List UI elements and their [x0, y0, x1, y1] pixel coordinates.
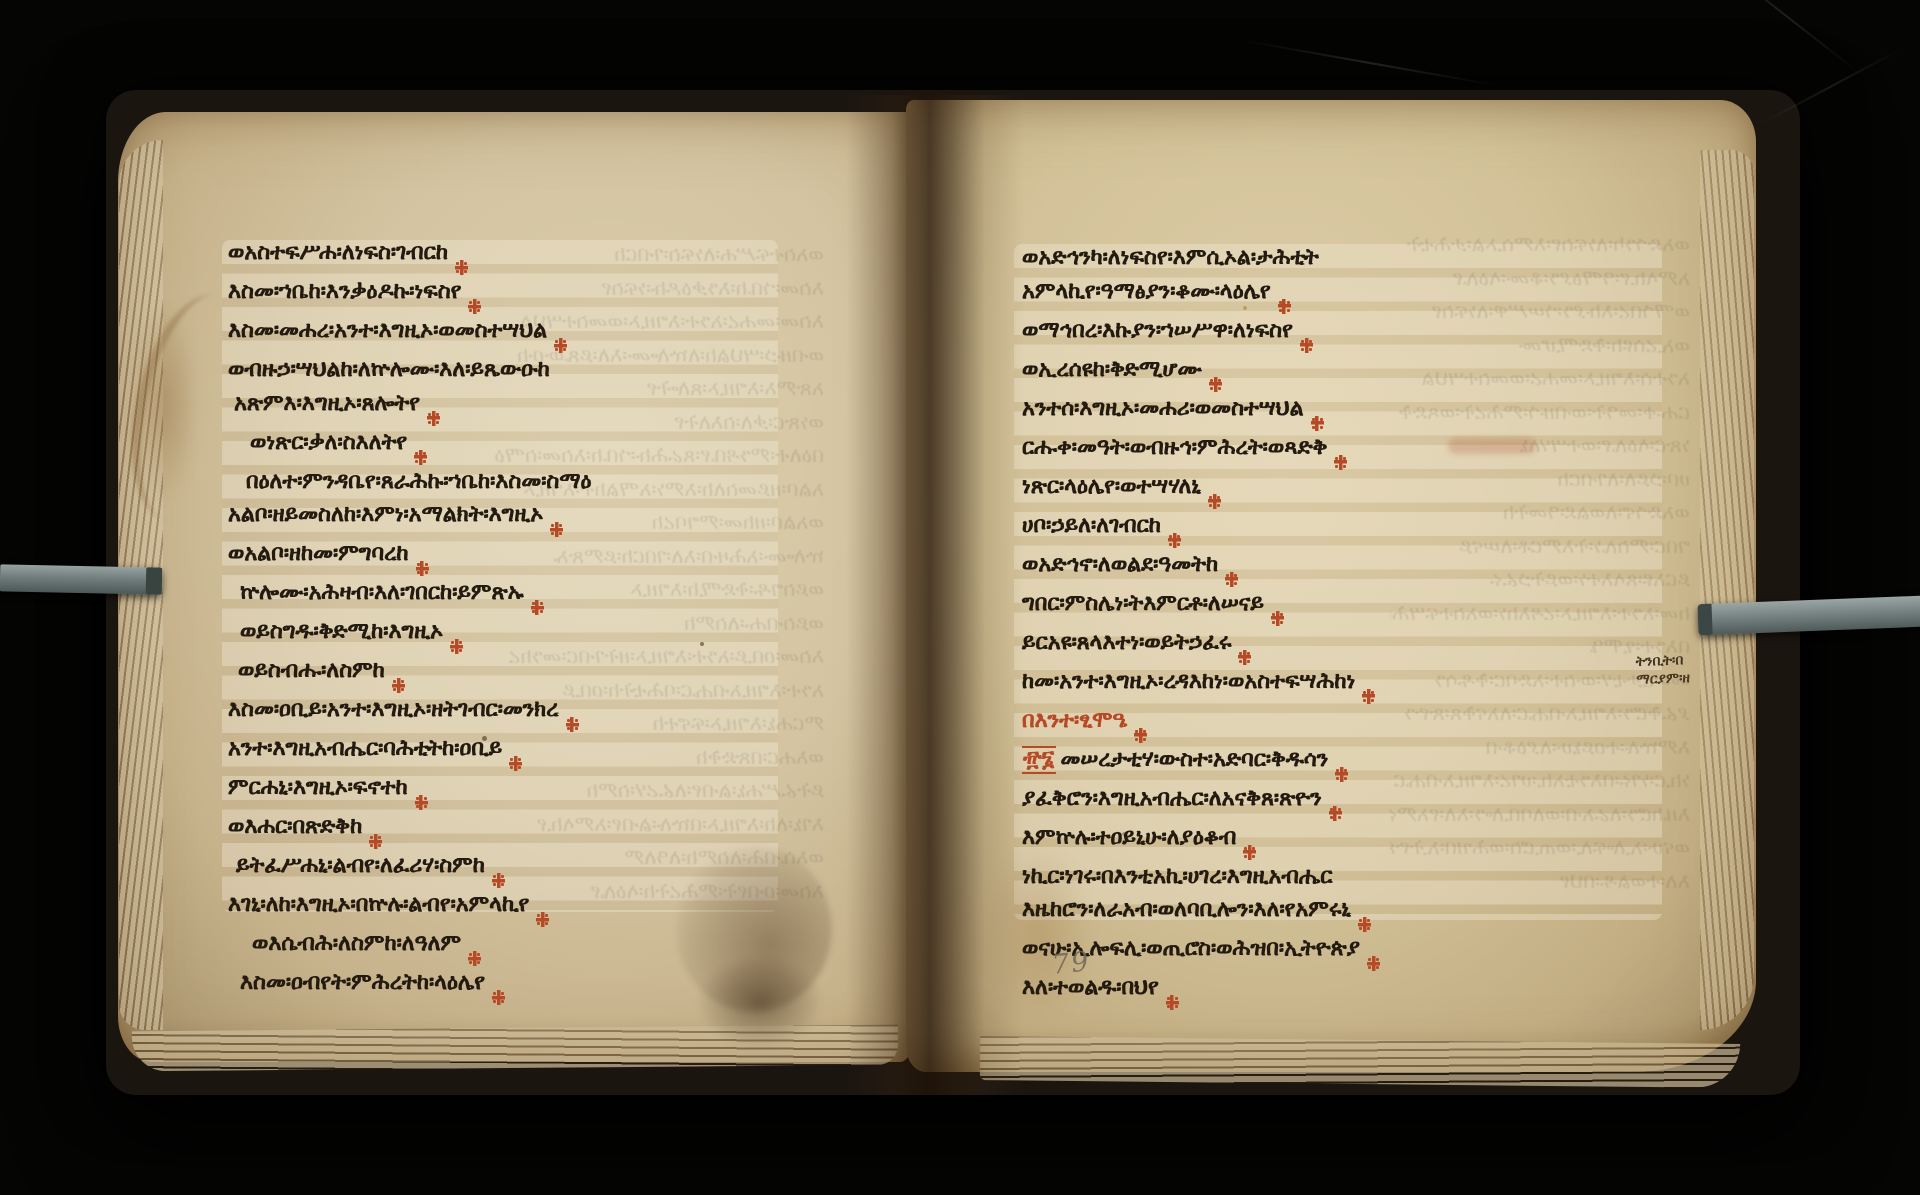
verse-text: በእንተ፡ፂሞዔ [1022, 708, 1127, 733]
verse-text: ይትፈሥሐኒ፡ልብየ፡ለፈሪሃ፡ስምከ [236, 853, 485, 878]
text-line: ወአድኅኖ፡ለወልደ፡ዓመትከ፨ [1022, 548, 1538, 587]
verse-divider-icon: ፨ [415, 795, 428, 810]
verse-text: ወኢረሰዩከ፡ቅድሚሆሙ [1022, 357, 1202, 382]
verse-text: ነጽር፡ላዕሌየ፡ወተሣሃለኒ [1022, 474, 1201, 499]
verse-text: እዜከሮን፡ለራአብ፡ወለባቢሎን፡እለ፡የአምሩኒ [1022, 897, 1351, 922]
verse-divider-icon: ፨ [1209, 377, 1222, 392]
text-line: እዜከሮን፡ለራአብ፡ወለባቢሎን፡እለ፡የአምሩኒ፨ [1022, 893, 1538, 932]
text-line: አምላኪየ፡ዓማፅያን፡ቆሙ፡ላዕሌየ፨ [1022, 275, 1538, 314]
verse-text: ይርአዩ፡ጸላእተነ፡ወይትኃፈሩ [1022, 630, 1231, 655]
text-line: ነጽር፡ላዕሌየ፡ወተሣሃለኒ፨ [1022, 470, 1538, 509]
verse-divider-icon: ፨ [1271, 611, 1284, 626]
verse-text: ወነጽር፡ቃለ፡ስእለትየ [250, 430, 407, 455]
page-number: 79 [1050, 946, 1091, 981]
text-line: ወኢረሰዩከ፡ቅድሚሆሙ፨ [1022, 353, 1538, 392]
text-line: ምርሐኒ፡እግዚኦ፡ፍኖተከ፨ [228, 771, 710, 810]
verse-divider-icon: ፨ [427, 411, 440, 426]
verse-text: አንተሰ፡እግዚኦ፡መሐሪ፡ወመስተሣህል [1022, 396, 1304, 421]
verse-text: ወእሴብሕ፡ለስምከ፡ለዓለም [252, 931, 461, 956]
weight-rod-left [0, 564, 162, 594]
text-line: ይትፈሥሐኒ፡ልብየ፡ለፈሪሃ፡ስምከ፨ [236, 849, 710, 888]
text-line: ወናሁ፡ኢሎፍሊ፡ወጢሮስ፡ወሕዝበ፡ኢትዮጵያ፨ [1022, 932, 1538, 971]
scratch-hair [1242, 39, 1498, 86]
text-line: ግበር፡ምስሌነ፡ትእምርቶ፡ለሠናይ፨ [1022, 587, 1538, 626]
verse-text: እገኒ፡ለከ፡እግዚኦ፡በኵሉ፡ልብየ፡አምላኪየ [228, 892, 529, 917]
text-line: ኵሎሙ፡አሕዛብ፡እለ፡ገበርከ፡ይምጽኡ፨ [240, 576, 710, 615]
verse-divider-icon: ፨ [1168, 533, 1181, 548]
text-line: እስመ፡ዐቢይ፡አንተ፡እግዚኦ፡ዘትገብር፡መንክረ፨ [228, 693, 710, 732]
verse-text: መሠረታቲሃ፡ውስተ፡አድባር፡ቅዱሳን [1061, 747, 1329, 772]
verse-divider-icon: ፨ [1362, 689, 1375, 704]
text-line: አልቦ፡ዘይመስለከ፡እምነ፡አማልክት፡እግዚኦ፨ [228, 498, 710, 537]
verse-text: አንተ፡እግዚአብሔር፡ባሕቲትከ፡ዐቢይ [228, 736, 502, 761]
verse-divider-icon: ፨ [416, 561, 429, 576]
verse-text: ነኪር፡ነገሩ፡በእንቲአኪ፡ሀገረ፡እግዚአብሔር [1022, 864, 1332, 889]
verse-divider-icon: ፨ [1166, 995, 1179, 1010]
text-line: ወአድኅንካ፡ለነፍስየ፡እምሲኦል፡ታሕቲት [1022, 241, 1538, 275]
verse-text: እምኵሉ፡ተዐይኒሁ፡ለያዕቆብ [1022, 825, 1236, 850]
text-line: አጽምእ፡እግዚኦ፡ጸሎትየ፨ [234, 387, 710, 426]
text-line: ፹፮መሠረታቲሃ፡ውስተ፡አድባር፡ቅዱሳን፨ [1022, 743, 1538, 782]
text-line: ሀቦ፡ኃይለ፡ለገብርከ፨ [1022, 509, 1538, 548]
verse-text: አልቦ፡ዘይመስለከ፡እምነ፡አማልክት፡እግዚኦ [228, 502, 543, 527]
margin-note-line2: ማርያም፡ዘ [1636, 669, 1690, 689]
verse-text: ርሑቀ፡መዓት፡ወብዙኅ፡ምሕረት፡ወጻድቅ [1022, 435, 1327, 460]
verse-divider-icon: ፨ [1225, 572, 1238, 587]
right-page-text: ወአድኅንካ፡ለነፍስየ፡እምሲኦል፡ታሕቲትአምላኪየ፡ዓማፅያን፡ቆሙ፡ላዕ… [1022, 241, 1538, 1010]
verse-text: ከመ፡አንተ፡እግዚኦ፡ረዳእከነ፡ወአስተፍሣሕከነ [1022, 669, 1355, 694]
verse-divider-icon: ፨ [1278, 299, 1291, 314]
text-line: ይርአዩ፡ጸላእተነ፡ወይትኃፈሩ፨ [1022, 626, 1538, 665]
verse-divider-icon: ፨ [536, 912, 549, 927]
verse-divider-icon: ፨ [468, 299, 481, 314]
text-line: ወአልቦ፡ዘከመ፡ምግባረከ፨ [228, 537, 710, 576]
text-line: በዕለተ፡ምንዳቤየ፡ጸራሕኩ፡ኀቤከ፡እስመ፡ስማዕ [246, 465, 710, 499]
verse-text: ወአልቦ፡ዘከመ፡ምግባረከ [228, 541, 409, 566]
text-line: እገኒ፡ለከ፡እግዚኦ፡በኵሉ፡ልብየ፡አምላኪየ፨ [228, 888, 710, 927]
verse-divider-icon: ፨ [450, 639, 463, 654]
verse-text: እስመ፡ኀቤከ፡እንቃዕዶኩ፡ነፍስየ [228, 279, 461, 304]
verse-divider-icon: ፨ [1311, 416, 1324, 431]
verse-text: ኵሎሙ፡አሕዛብ፡እለ፡ገበርከ፡ይምጽኡ [240, 580, 524, 605]
verse-text: እለ፡ተወልዱ፡በህየ [1022, 975, 1159, 1000]
text-line: ወማኅበረ፡እኩያን፡ኀሠሥዋ፡ለነፍስየ፨ [1022, 314, 1538, 353]
scratch-hair [1710, 0, 1861, 74]
text-line: እለ፡ተወልዱ፡በህየ፨ [1022, 971, 1538, 1010]
text-line: አንተሰ፡እግዚኦ፡መሐሪ፡ወመስተሣህል፨ [1022, 392, 1538, 431]
verse-text: ወእሐር፡በጽድቅከ [228, 814, 362, 839]
verse-text: እስመ፡ዐብየት፡ምሕረትከ፡ላዕሌየ [240, 970, 485, 995]
margin-note: ትንቢት፡በ ማርያም፡ዘ [1635, 651, 1690, 689]
text-line: እስመ፡መሐረ፡አንተ፡እግዚኦ፡ወመስተሣህል፨ [228, 314, 710, 353]
psalm-number: ፹፮ [1022, 746, 1056, 774]
verse-divider-icon: ፨ [492, 990, 505, 1005]
verse-divider-icon: ፨ [1358, 917, 1371, 932]
manuscript-photo: ወአስተፍሥሐ፡ለነፍስ፡ገብርከእስመ፡ኀቤከ፡እንቃዕዶኩ፡ነፍስየእስመ፡… [0, 0, 1920, 1195]
verse-text: ወይስብሑ፡ለስምከ [238, 658, 385, 683]
verse-text: እስመ፡ዐቢይ፡አንተ፡እግዚኦ፡ዘትገብር፡መንክረ [228, 697, 559, 722]
verse-divider-icon: ፨ [1367, 956, 1380, 971]
text-line: ወይስብሑ፡ለስምከ፨ [238, 654, 710, 693]
text-line: እስመ፡ኀቤከ፡እንቃዕዶኩ፡ነፍስየ፨ [228, 275, 710, 314]
verse-text: ወይስግዱ፡ቅድሚከ፡እግዚኦ [240, 619, 443, 644]
verse-text: አጽምእ፡እግዚኦ፡ጸሎትየ [234, 391, 420, 416]
verse-divider-icon: ፨ [1335, 767, 1348, 782]
verse-divider-icon: ፨ [531, 600, 544, 615]
text-line: ነኪር፡ነገሩ፡በእንቲአኪ፡ሀገረ፡እግዚአብሔር [1022, 860, 1538, 894]
rubric-line: በእንተ፡ፂሞዔ፨ [1022, 704, 1538, 743]
text-line: ወእሴብሕ፡ለስምከ፡ለዓለም፨ [252, 927, 710, 966]
verse-divider-icon: ፨ [414, 450, 427, 465]
verse-text: እስመ፡መሐረ፡አንተ፡እግዚኦ፡ወመስተሣህል [228, 318, 547, 343]
margin-note-line1: ትንቢት፡በ [1635, 651, 1689, 671]
text-line: ወብዙኃ፡ሣህልከ፡ለኵሎሙ፡እለ፡ይጼውዑከ [228, 353, 710, 387]
verse-text: ግበር፡ምስሌነ፡ትእምርቶ፡ለሠናይ [1022, 591, 1264, 616]
verse-text: አምላኪየ፡ዓማፅያን፡ቆሙ፡ላዕሌየ [1022, 279, 1271, 304]
verse-divider-icon: ፨ [509, 756, 522, 771]
verse-text: ወማኅበረ፡እኩያን፡ኀሠሥዋ፡ለነፍስየ [1022, 318, 1293, 343]
verse-divider-icon: ፨ [566, 717, 579, 732]
text-line: እምኵሉ፡ተዐይኒሁ፡ለያዕቆብ፨ [1022, 821, 1538, 860]
verse-divider-icon: ፨ [1238, 650, 1251, 665]
verse-text: ወአድኅንካ፡ለነፍስየ፡እምሲኦል፡ታሕቲት [1022, 245, 1319, 270]
verse-text: ወብዙኃ፡ሣህልከ፡ለኵሎሙ፡እለ፡ይጼውዑከ [228, 357, 550, 382]
text-line: ወእሐር፡በጽድቅከ፨ [228, 810, 710, 849]
verse-divider-icon: ፨ [455, 260, 468, 275]
verse-text: ወአድኅኖ፡ለወልደ፡ዓመትከ [1022, 552, 1218, 577]
verse-text: ሀቦ፡ኃይለ፡ለገብርከ [1022, 513, 1161, 538]
text-line: ወነጽር፡ቃለ፡ስእለትየ፨ [250, 426, 710, 465]
verse-divider-icon: ፨ [492, 873, 505, 888]
text-line: ያፈቅሮን፡እግዚአብሔር፡ለአናቅጸ፡ጽዮን፨ [1022, 782, 1538, 821]
verse-divider-icon: ፨ [1329, 806, 1342, 821]
verse-divider-icon: ፨ [1334, 455, 1347, 470]
verse-divider-icon: ፨ [1134, 728, 1147, 743]
verse-text: ምርሐኒ፡እግዚኦ፡ፍኖተከ [228, 775, 408, 800]
left-page-text: ወአስተፍሥሐ፡ለነፍስ፡ገብርከ፨እስመ፡ኀቤከ፡እንቃዕዶኩ፡ነፍስየ፨እስ… [228, 236, 710, 1005]
verse-text: ወአስተፍሥሐ፡ለነፍስ፡ገብርከ [228, 240, 448, 265]
verse-divider-icon: ፨ [468, 951, 481, 966]
text-line: እስመ፡ዐብየት፡ምሕረትከ፡ላዕሌየ፨ [240, 966, 710, 1005]
verse-divider-icon: ፨ [550, 522, 563, 537]
verse-divider-icon: ፨ [369, 834, 382, 849]
text-line: ከመ፡አንተ፡እግዚኦ፡ረዳእከነ፡ወአስተፍሣሕከነ፨ [1022, 665, 1538, 704]
verse-divider-icon: ፨ [392, 678, 405, 693]
verse-divider-icon: ፨ [1243, 845, 1256, 860]
text-line: አንተ፡እግዚአብሔር፡ባሕቲትከ፡ዐቢይ፨ [228, 732, 710, 771]
verse-divider-icon: ፨ [1208, 494, 1221, 509]
verse-divider-icon: ፨ [554, 338, 567, 353]
verse-text: በዕለተ፡ምንዳቤየ፡ጸራሕኩ፡ኀቤከ፡እስመ፡ስማዕ [246, 469, 591, 494]
verse-text: ያፈቅሮን፡እግዚአብሔር፡ለአናቅጸ፡ጽዮን [1022, 786, 1322, 811]
text-line: ርሑቀ፡መዓት፡ወብዙኅ፡ምሕረት፡ወጻድቅ፨ [1022, 431, 1538, 470]
text-line: ወአስተፍሥሐ፡ለነፍስ፡ገብርከ፨ [228, 236, 710, 275]
verse-divider-icon: ፨ [1300, 338, 1313, 353]
text-line: ወይስግዱ፡ቅድሚከ፡እግዚኦ፨ [240, 615, 710, 654]
